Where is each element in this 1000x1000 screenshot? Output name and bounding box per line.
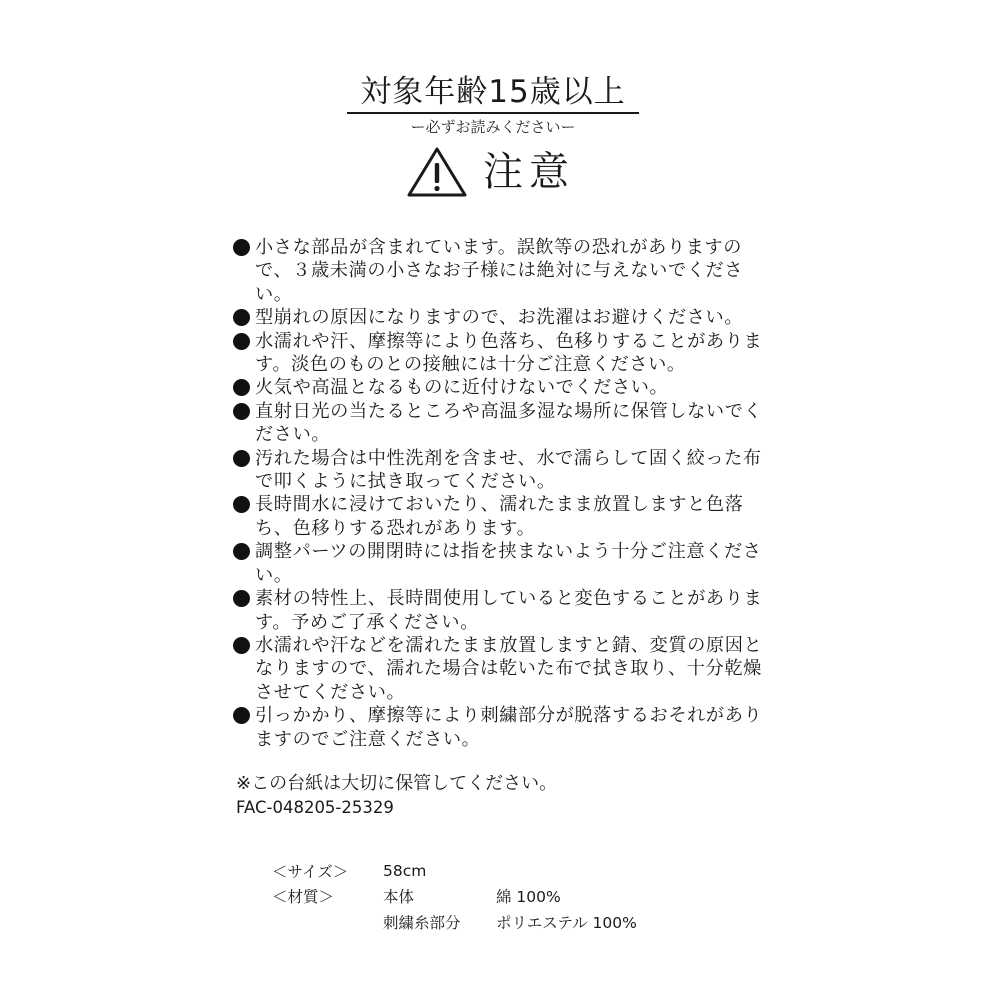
caution-text: 火気や高温となるものに近付けないでください。 [255, 377, 668, 398]
bullet-icon [233, 450, 250, 467]
spec-row-material-embroidery: 刺繍糸部分 ポリエステル 100% [272, 909, 637, 935]
spec-row-size: ＜サイズ＞ 58cm [272, 858, 637, 884]
bullet-icon [233, 707, 250, 724]
caution-label: 注意 [483, 148, 575, 196]
bullet-icon [233, 590, 250, 607]
caution-text: 調整パーツの開閉時には指を挟まないよう十分ご注意ください。 [255, 541, 762, 585]
spec-part-embroidery: 刺繍糸部分 [383, 909, 496, 935]
bullet-icon [233, 333, 250, 350]
warning-triangle-icon [405, 145, 469, 199]
bullet-icon [233, 496, 250, 513]
caution-text: 汚れた場合は中性洗剤を含ませ、水で濡らして固く絞った布で叩くように拭き取ってくだ… [255, 448, 762, 492]
caution-item: 引っかかり、摩擦等により刺繍部分が脱落するおそれがありますのでご注意ください。 [233, 704, 763, 751]
caution-text: 小さな部品が含まれています。誤飲等の恐れがありますので、３歳未満の小さなお子様に… [255, 237, 743, 305]
caution-item: 汚れた場合は中性洗剤を含ませ、水で濡らして固く絞った布で叩くように拭き取ってくだ… [233, 447, 763, 494]
bullet-icon [233, 379, 250, 396]
caution-item: 火気や高温となるものに近付けないでください。 [233, 376, 763, 399]
spec-label-material: ＜材質＞ [272, 884, 383, 910]
caution-item: 素材の特性上、長時間使用していると変色することがあります。予めご了承ください。 [233, 587, 763, 634]
spec-value-size: 58cm [383, 858, 496, 884]
bullet-icon [233, 239, 250, 256]
caution-item: 水濡れや汗などを濡れたまま放置しますと錆、変質の原因となりますので、濡れた場合は… [233, 634, 763, 704]
caution-item: 直射日光の当たるところや高温多湿な場所に保管しないでください。 [233, 400, 763, 447]
spec-table: ＜サイズ＞ 58cm ＜材質＞ 本体 綿 100% 刺繍糸部分 ポリエステル 1… [272, 858, 637, 935]
spec-row-material-body: ＜材質＞ 本体 綿 100% [272, 884, 637, 910]
caution-item: 調整パーツの開閉時には指を挟まないよう十分ご注意ください。 [233, 540, 763, 587]
caution-text: 長時間水に浸けておいたり、濡れたまま放置しますと色落ち、色移りする恐れがあります… [255, 494, 743, 538]
bullet-icon [233, 309, 250, 326]
age-requirement-title: 対象年齢15歳以上 [347, 74, 639, 110]
spec-label-size: ＜サイズ＞ [272, 858, 383, 884]
spec-value-embroidery: ポリエステル 100% [496, 909, 637, 935]
caution-item: 長時間水に浸けておいたり、濡れたまま放置しますと色落ち、色移りする恐れがあります… [233, 493, 763, 540]
caution-list: 小さな部品が含まれています。誤飲等の恐れがありますので、３歳未満の小さなお子様に… [233, 236, 763, 751]
caution-heading: 注意 [405, 144, 575, 200]
caution-text: 素材の特性上、長時間使用していると変色することがあります。予めご了承ください。 [255, 588, 762, 632]
spec-part-body: 本体 [383, 884, 496, 910]
bullet-icon [233, 543, 250, 560]
bullet-icon [233, 403, 250, 420]
caution-item: 型崩れの原因になりますので、お洗濯はお避けください。 [233, 306, 763, 329]
caution-text: 型崩れの原因になりますので、お洗濯はお避けください。 [255, 307, 743, 328]
caution-text: 水濡れや汗などを濡れたまま放置しますと錆、変質の原因となりますので、濡れた場合は… [255, 635, 762, 703]
keep-card-note: ※この台紙は大切に保管してください。 [236, 772, 557, 796]
caution-item: 水濡れや汗、摩擦等により色落ち、色移りすることがあります。淡色のものとの接触には… [233, 330, 763, 377]
please-read-subtitle: ー必ずお読みくださいー [347, 117, 639, 137]
caution-item: 小さな部品が含まれています。誤飲等の恐れがありますので、３歳未満の小さなお子様に… [233, 236, 763, 306]
title-underline [347, 112, 639, 114]
caution-text: 直射日光の当たるところや高温多湿な場所に保管しないでください。 [255, 401, 762, 445]
bullet-icon [233, 637, 250, 654]
caution-text: 水濡れや汗、摩擦等により色落ち、色移りすることがあります。淡色のものとの接触には… [255, 331, 762, 375]
caution-text: 引っかかり、摩擦等により刺繍部分が脱落するおそれがありますのでご注意ください。 [255, 705, 762, 749]
product-code: FAC-048205-25329 [236, 797, 394, 819]
spec-value-body: 綿 100% [496, 884, 637, 910]
